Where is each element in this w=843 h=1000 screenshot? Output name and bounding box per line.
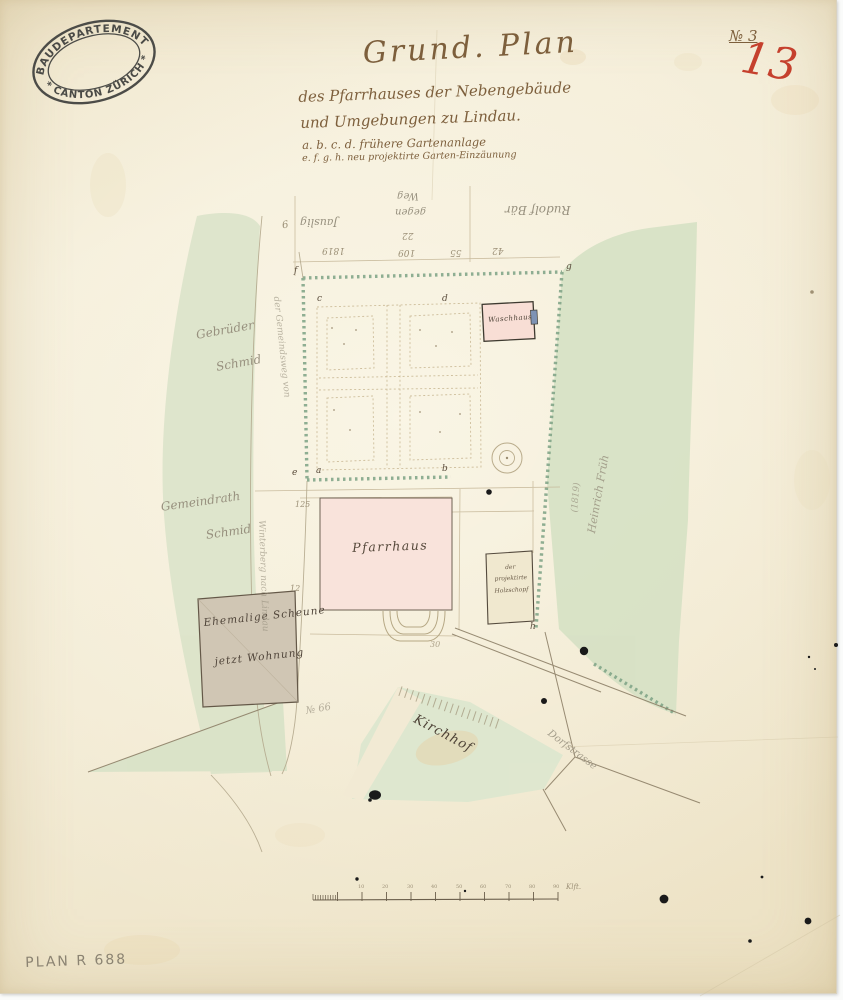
corner-letter-a: a [316, 466, 321, 476]
measure-12: 12 [290, 584, 300, 593]
paper-background: BAUDEPARTEMENT * CANTON ZÜRICH * № 3 13 … [0, 0, 837, 994]
pfarrhaus-building [320, 498, 452, 610]
scale-bar [313, 892, 558, 901]
scale-tick-10: 10 [358, 884, 364, 890]
pfarrhaus-entry-steps [383, 611, 445, 641]
garden-tree-dots [331, 327, 461, 433]
scale-tick-60: 60 [480, 884, 486, 890]
scale-tick-70: 70 [505, 884, 511, 890]
holzschopf-label-3: Holzschopf [490, 584, 533, 598]
upside-note-center-3: 22 [402, 230, 413, 240]
garden-bed-grid [317, 303, 481, 470]
east-parcel-area [547, 222, 697, 714]
top-number-4: 42 [492, 245, 503, 255]
top-number-2: 109 [398, 247, 415, 257]
top-number-3: 55 [450, 247, 461, 257]
scale-tick-80: 80 [529, 884, 535, 890]
measure-30: 30 [430, 640, 440, 649]
corner-letter-b: b [442, 464, 448, 474]
corner-letter-d: d [442, 294, 448, 304]
scale-unit-label: Klft. [566, 883, 581, 891]
garden-well [492, 443, 522, 473]
scale-tick-90: 90 [553, 884, 559, 890]
upside-note-center-1: gegen [395, 206, 426, 217]
measure-125: 125 [295, 500, 310, 509]
scale-tick-50: 50 [456, 884, 462, 890]
scale-tick-20: 20 [382, 884, 388, 890]
holzschopf-label: der projektirte Holzschopf [489, 561, 533, 597]
scale-tick-40: 40 [431, 884, 437, 890]
corner-letter-f: f [294, 266, 297, 276]
red-archive-number: 13 [737, 32, 801, 92]
upside-note-left: Jauslig [300, 216, 338, 229]
corner-letter-h: h [530, 622, 536, 632]
scanned-plan-sheet: BAUDEPARTEMENT * CANTON ZÜRICH * № 3 13 … [0, 0, 843, 1000]
pfarrhaus-label: Pfarrhaus [352, 537, 428, 555]
top-number-1: 1819 [322, 245, 345, 255]
upside-note-center-2: Weg [397, 190, 419, 201]
corner-letter-c: c [317, 294, 322, 304]
corner-letter-e: e [292, 468, 297, 478]
scale-tick-30: 30 [407, 884, 413, 890]
upside-note-right: Rudolf Bär [505, 203, 570, 217]
corner-letter-g: g [566, 262, 572, 272]
